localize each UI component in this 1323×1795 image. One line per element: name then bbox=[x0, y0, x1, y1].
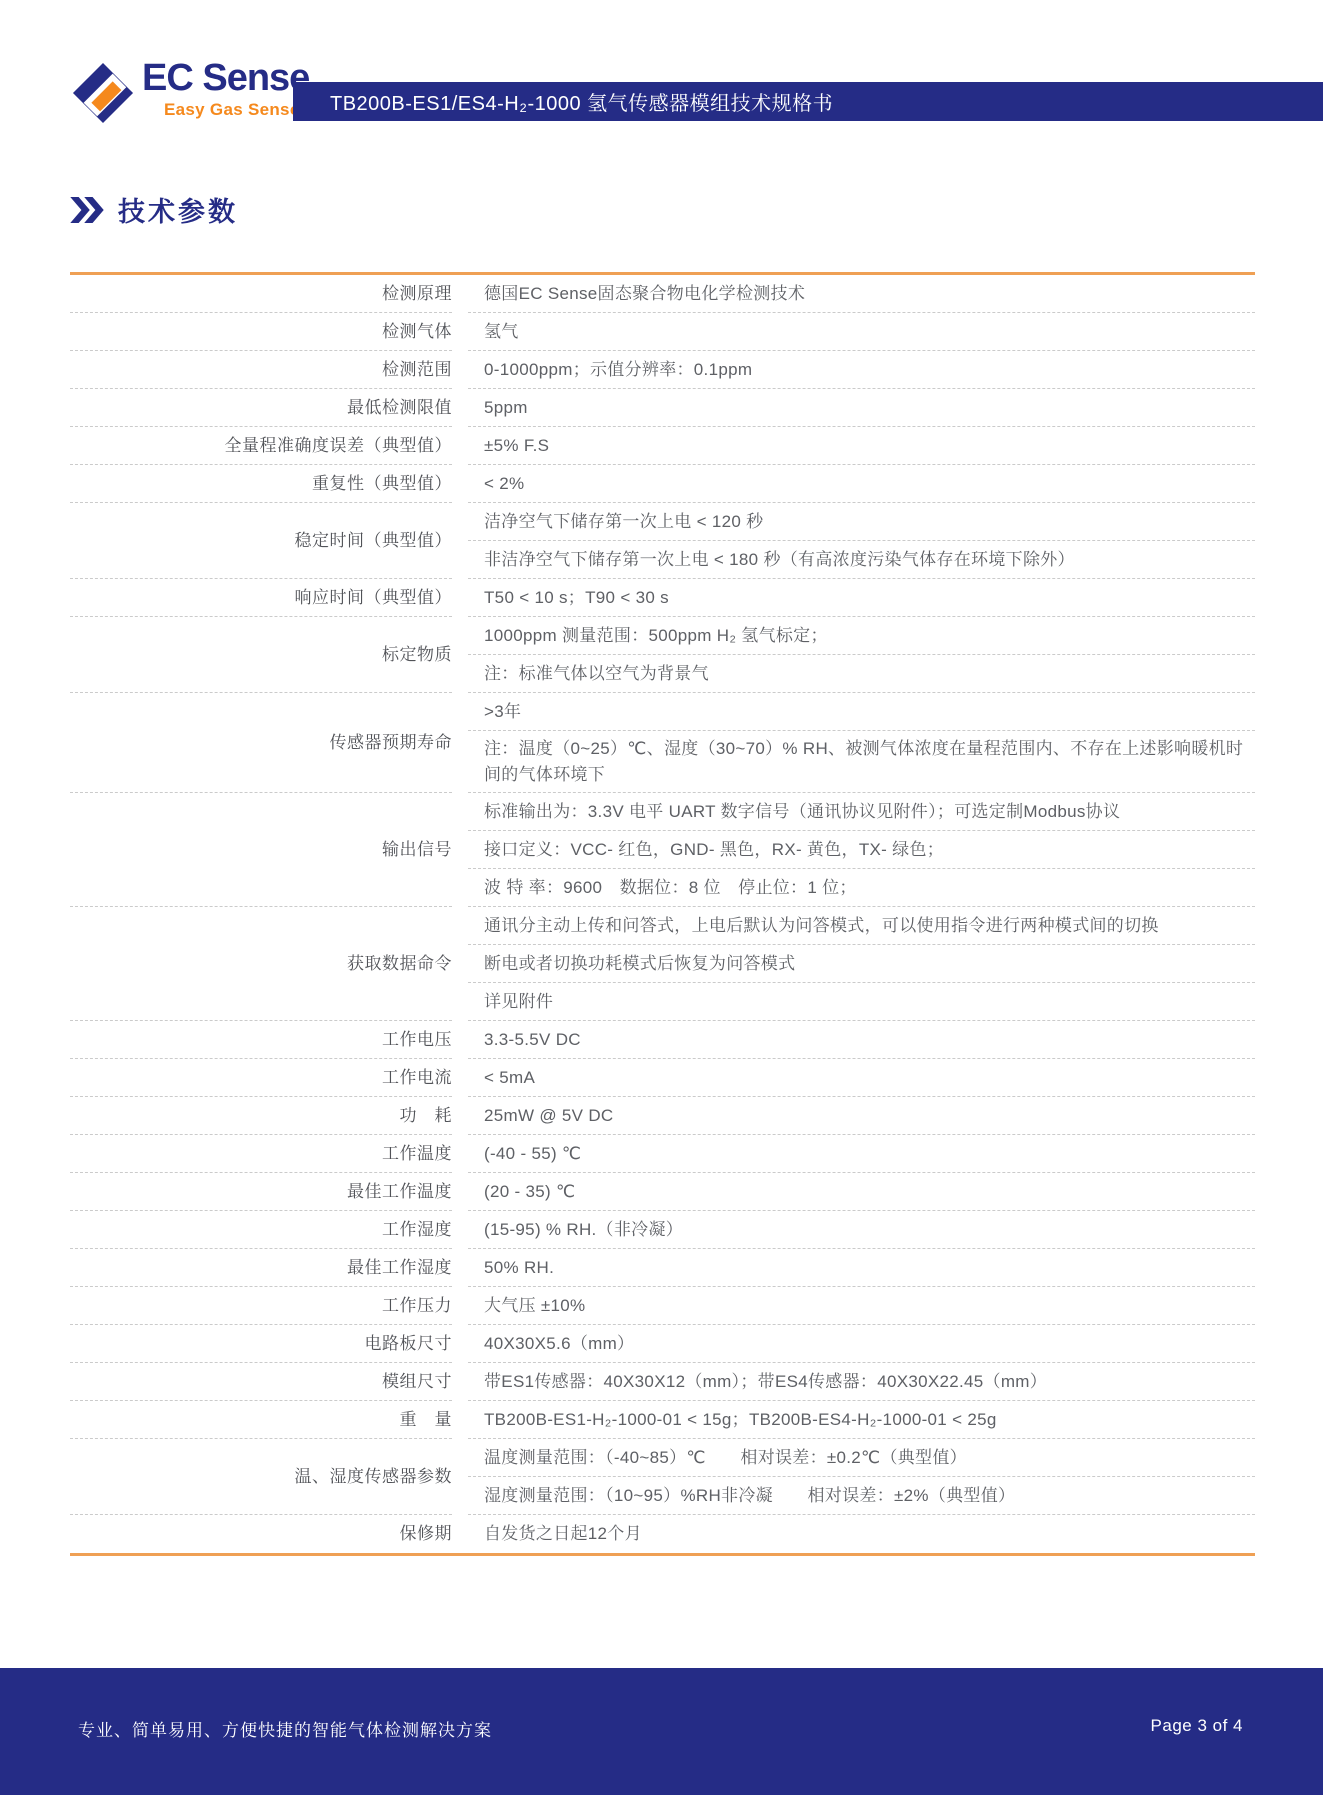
spec-value-line: < 2% bbox=[468, 465, 1255, 503]
spec-row-label: 传感器预期寿命 bbox=[70, 693, 452, 793]
column-gap bbox=[452, 693, 468, 793]
spec-row-label: 工作压力 bbox=[70, 1287, 452, 1325]
spec-row-label: 保修期 bbox=[70, 1515, 452, 1553]
spec-row-label: 输出信号 bbox=[70, 793, 452, 907]
spec-value-line: 德国EC Sense固态聚合物电化学检测技术 bbox=[468, 275, 1255, 313]
spec-row: 工作压力大气压 ±10% bbox=[70, 1287, 1255, 1325]
spec-row: 工作温度(-40 - 55) ℃ bbox=[70, 1135, 1255, 1173]
spec-row: 输出信号标准输出为：3.3V 电平 UART 数字信号（通讯协议见附件）；可选定… bbox=[70, 793, 1255, 907]
document-title-bar: TB200B-ES1/ES4-H₂-1000 氢气传感器模组技术规格书 bbox=[293, 82, 1323, 121]
spec-row-values: 0-1000ppm；示值分辨率：0.1ppm bbox=[468, 351, 1255, 389]
column-gap bbox=[452, 1249, 468, 1287]
spec-row: 重复性（典型值）< 2% bbox=[70, 465, 1255, 503]
spec-row: 重 量TB200B-ES1-H₂-1000-01 < 15g；TB200B-ES… bbox=[70, 1401, 1255, 1439]
spec-value-line: < 5mA bbox=[468, 1059, 1255, 1097]
spec-row: 电路板尺寸40X30X5.6（mm） bbox=[70, 1325, 1255, 1363]
spec-value-line: 非洁净空气下储存第一次上电 < 180 秒（有高浓度污染气体存在环境下除外） bbox=[468, 541, 1255, 579]
spec-row-values: 带ES1传感器：40X30X12（mm）；带ES4传感器：40X30X22.45… bbox=[468, 1363, 1255, 1401]
double-chevron-icon bbox=[70, 197, 104, 223]
spec-row-values: (-40 - 55) ℃ bbox=[468, 1135, 1255, 1173]
spec-row: 稳定时间（典型值）洁净空气下储存第一次上电 < 120 秒非洁净空气下储存第一次… bbox=[70, 503, 1255, 579]
column-gap bbox=[452, 313, 468, 351]
spec-value-line: (-40 - 55) ℃ bbox=[468, 1135, 1255, 1173]
spec-row-label: 电路板尺寸 bbox=[70, 1325, 452, 1363]
spec-row-label: 稳定时间（典型值） bbox=[70, 503, 452, 579]
spec-row-values: 德国EC Sense固态聚合物电化学检测技术 bbox=[468, 275, 1255, 313]
brand-name: EC Sense bbox=[142, 58, 317, 100]
column-gap bbox=[452, 579, 468, 617]
column-gap bbox=[452, 1059, 468, 1097]
spec-row: 保修期自发货之日起12个月 bbox=[70, 1515, 1255, 1553]
column-gap bbox=[452, 617, 468, 693]
spec-row-values: TB200B-ES1-H₂-1000-01 < 15g；TB200B-ES4-H… bbox=[468, 1401, 1255, 1439]
spec-row-values: 1000ppm 测量范围：500ppm H₂ 氢气标定；注：标准气体以空气为背景… bbox=[468, 617, 1255, 693]
spec-value-line: 湿度测量范围：（10~95）%RH非冷凝 相对误差：±2%（典型值） bbox=[468, 1477, 1255, 1515]
spec-value-line: 温度测量范围：（-40~85）℃ 相对误差：±0.2℃（典型值） bbox=[468, 1439, 1255, 1477]
spec-row: 响应时间（典型值）T50 < 10 s；T90 < 30 s bbox=[70, 579, 1255, 617]
spec-row-label: 重 量 bbox=[70, 1401, 452, 1439]
spec-value-line: 5ppm bbox=[468, 389, 1255, 427]
spec-row-values: 大气压 ±10% bbox=[468, 1287, 1255, 1325]
spec-row-label: 工作电压 bbox=[70, 1021, 452, 1059]
spec-value-line: 氢气 bbox=[468, 313, 1255, 351]
spec-row-label: 工作湿度 bbox=[70, 1211, 452, 1249]
spec-row: 工作电压3.3-5.5V DC bbox=[70, 1021, 1255, 1059]
column-gap bbox=[452, 389, 468, 427]
column-gap bbox=[452, 1135, 468, 1173]
spec-row-values: (15-95) % RH.（非冷凝） bbox=[468, 1211, 1255, 1249]
spec-row-label: 重复性（典型值） bbox=[70, 465, 452, 503]
spec-value-line: 详见附件 bbox=[468, 983, 1255, 1021]
spec-row-label: 模组尺寸 bbox=[70, 1363, 452, 1401]
spec-row-values: 氢气 bbox=[468, 313, 1255, 351]
ec-sense-diamond-logo-icon bbox=[72, 62, 134, 124]
column-gap bbox=[452, 907, 468, 1021]
spec-value-line: 0-1000ppm；示值分辨率：0.1ppm bbox=[468, 351, 1255, 389]
spec-value-line: 带ES1传感器：40X30X12（mm）；带ES4传感器：40X30X22.45… bbox=[468, 1363, 1255, 1401]
spec-row-values: 5ppm bbox=[468, 389, 1255, 427]
column-gap bbox=[452, 503, 468, 579]
column-gap bbox=[452, 1325, 468, 1363]
spec-value-line: 通讯分主动上传和问答式，上电后默认为问答模式，可以使用指令进行两种模式间的切换 bbox=[468, 907, 1255, 945]
document-title: TB200B-ES1/ES4-H₂-1000 氢气传感器模组技术规格书 bbox=[330, 87, 833, 116]
logo-text: EC Sense Easy Gas Sensors bbox=[142, 58, 317, 120]
page-indicator: Page 3 of 4 bbox=[1151, 1716, 1243, 1736]
spec-row-label: 最佳工作温度 bbox=[70, 1173, 452, 1211]
spec-row-values: 25mW @ 5V DC bbox=[468, 1097, 1255, 1135]
spec-row-label: 温、湿度传感器参数 bbox=[70, 1439, 452, 1515]
spec-row-values: < 5mA bbox=[468, 1059, 1255, 1097]
spec-value-line: 1000ppm 测量范围：500ppm H₂ 氢气标定； bbox=[468, 617, 1255, 655]
spec-row: 温、湿度传感器参数温度测量范围：（-40~85）℃ 相对误差：±0.2℃（典型值… bbox=[70, 1439, 1255, 1515]
spec-value-line: 注：标准气体以空气为背景气 bbox=[468, 655, 1255, 693]
spec-row: 工作湿度(15-95) % RH.（非冷凝） bbox=[70, 1211, 1255, 1249]
column-gap bbox=[452, 1211, 468, 1249]
spec-row-label: 获取数据命令 bbox=[70, 907, 452, 1021]
column-gap bbox=[452, 1173, 468, 1211]
spec-value-line: 标准输出为：3.3V 电平 UART 数字信号（通讯协议见附件）；可选定制Mod… bbox=[468, 793, 1255, 831]
spec-row: 最佳工作温度(20 - 35) ℃ bbox=[70, 1173, 1255, 1211]
section-title: 技术参数 bbox=[118, 190, 238, 229]
spec-row-values: 40X30X5.6（mm） bbox=[468, 1325, 1255, 1363]
spec-row: 最低检测限值5ppm bbox=[70, 389, 1255, 427]
column-gap bbox=[452, 427, 468, 465]
spec-table: 检测原理德国EC Sense固态聚合物电化学检测技术检测气体氢气检测范围0-10… bbox=[70, 272, 1255, 1556]
spec-row-values: 通讯分主动上传和问答式，上电后默认为问答模式，可以使用指令进行两种模式间的切换断… bbox=[468, 907, 1255, 1021]
spec-value-line: 注：温度（0~25）℃、湿度（30~70）% RH、被测气体浓度在量程范围内、不… bbox=[468, 731, 1255, 793]
spec-row-label: 标定物质 bbox=[70, 617, 452, 693]
spec-row-values: 标准输出为：3.3V 电平 UART 数字信号（通讯协议见附件）；可选定制Mod… bbox=[468, 793, 1255, 907]
spec-row-values: ±5% F.S bbox=[468, 427, 1255, 465]
company-logo: EC Sense Easy Gas Sensors bbox=[72, 58, 317, 124]
spec-row: 检测气体氢气 bbox=[70, 313, 1255, 351]
column-gap bbox=[452, 1021, 468, 1059]
column-gap bbox=[452, 793, 468, 907]
spec-row-values: 3.3-5.5V DC bbox=[468, 1021, 1255, 1059]
spec-row: 全量程准确度误差（典型值）±5% F.S bbox=[70, 427, 1255, 465]
spec-row: 检测范围0-1000ppm；示值分辨率：0.1ppm bbox=[70, 351, 1255, 389]
spec-row: 工作电流< 5mA bbox=[70, 1059, 1255, 1097]
spec-row-values: 自发货之日起12个月 bbox=[468, 1515, 1255, 1553]
spec-row-label: 功 耗 bbox=[70, 1097, 452, 1135]
spec-value-line: ±5% F.S bbox=[468, 427, 1255, 465]
column-gap bbox=[452, 1439, 468, 1515]
spec-row-values: < 2% bbox=[468, 465, 1255, 503]
column-gap bbox=[452, 1363, 468, 1401]
spec-row-label: 全量程准确度误差（典型值） bbox=[70, 427, 452, 465]
footer-slogan: 专业、简单易用、方便快捷的智能气体检测解决方案 bbox=[78, 1716, 492, 1741]
spec-row: 获取数据命令通讯分主动上传和问答式，上电后默认为问答模式，可以使用指令进行两种模… bbox=[70, 907, 1255, 1021]
section-heading: 技术参数 bbox=[70, 190, 238, 229]
spec-row-label: 检测原理 bbox=[70, 275, 452, 313]
spec-row-values: >3年注：温度（0~25）℃、湿度（30~70）% RH、被测气体浓度在量程范围… bbox=[468, 693, 1255, 793]
column-gap bbox=[452, 351, 468, 389]
spec-row-label: 检测气体 bbox=[70, 313, 452, 351]
spec-row-values: 50% RH. bbox=[468, 1249, 1255, 1287]
spec-row-label: 工作温度 bbox=[70, 1135, 452, 1173]
column-gap bbox=[452, 1515, 468, 1553]
spec-value-line: 接口定义：VCC- 红色，GND- 黑色，RX- 黄色，TX- 绿色； bbox=[468, 831, 1255, 869]
spec-row-values: T50 < 10 s；T90 < 30 s bbox=[468, 579, 1255, 617]
spec-value-line: 洁净空气下储存第一次上电 < 120 秒 bbox=[468, 503, 1255, 541]
spec-row-label: 检测范围 bbox=[70, 351, 452, 389]
page-footer: 专业、简单易用、方便快捷的智能气体检测解决方案 Page 3 of 4 bbox=[0, 1668, 1323, 1795]
column-gap bbox=[452, 465, 468, 503]
column-gap bbox=[452, 275, 468, 313]
spec-value-line: 25mW @ 5V DC bbox=[468, 1097, 1255, 1135]
spec-value-line: 波 特 率：9600 数据位：8 位 停止位：1 位； bbox=[468, 869, 1255, 907]
datasheet-page: EC Sense Easy Gas Sensors TB200B-ES1/ES4… bbox=[0, 0, 1323, 1795]
spec-row-label: 最低检测限值 bbox=[70, 389, 452, 427]
spec-value-line: 断电或者切换功耗模式后恢复为问答模式 bbox=[468, 945, 1255, 983]
spec-row: 最佳工作湿度50% RH. bbox=[70, 1249, 1255, 1287]
column-gap bbox=[452, 1097, 468, 1135]
spec-row-label: 工作电流 bbox=[70, 1059, 452, 1097]
spec-row-label: 最佳工作湿度 bbox=[70, 1249, 452, 1287]
spec-row-values: 温度测量范围：（-40~85）℃ 相对误差：±0.2℃（典型值）湿度测量范围：（… bbox=[468, 1439, 1255, 1515]
spec-value-line: 50% RH. bbox=[468, 1249, 1255, 1287]
spec-value-line: 自发货之日起12个月 bbox=[468, 1515, 1255, 1553]
spec-row: 模组尺寸带ES1传感器：40X30X12（mm）；带ES4传感器：40X30X2… bbox=[70, 1363, 1255, 1401]
spec-value-line: (15-95) % RH.（非冷凝） bbox=[468, 1211, 1255, 1249]
spec-row: 标定物质1000ppm 测量范围：500ppm H₂ 氢气标定；注：标准气体以空… bbox=[70, 617, 1255, 693]
spec-table-body: 检测原理德国EC Sense固态聚合物电化学检测技术检测气体氢气检测范围0-10… bbox=[70, 275, 1255, 1553]
column-gap bbox=[452, 1287, 468, 1325]
spec-value-line: 40X30X5.6（mm） bbox=[468, 1325, 1255, 1363]
spec-row: 功 耗25mW @ 5V DC bbox=[70, 1097, 1255, 1135]
spec-row-values: 洁净空气下储存第一次上电 < 120 秒非洁净空气下储存第一次上电 < 180 … bbox=[468, 503, 1255, 579]
spec-value-line: 3.3-5.5V DC bbox=[468, 1021, 1255, 1059]
spec-row-values: (20 - 35) ℃ bbox=[468, 1173, 1255, 1211]
column-gap bbox=[452, 1401, 468, 1439]
spec-value-line: TB200B-ES1-H₂-1000-01 < 15g；TB200B-ES4-H… bbox=[468, 1401, 1255, 1439]
spec-row-label: 响应时间（典型值） bbox=[70, 579, 452, 617]
spec-row: 检测原理德国EC Sense固态聚合物电化学检测技术 bbox=[70, 275, 1255, 313]
spec-row: 传感器预期寿命>3年注：温度（0~25）℃、湿度（30~70）% RH、被测气体… bbox=[70, 693, 1255, 793]
spec-value-line: 大气压 ±10% bbox=[468, 1287, 1255, 1325]
spec-value-line: T50 < 10 s；T90 < 30 s bbox=[468, 579, 1255, 617]
spec-value-line: >3年 bbox=[468, 693, 1255, 731]
spec-value-line: (20 - 35) ℃ bbox=[468, 1173, 1255, 1211]
